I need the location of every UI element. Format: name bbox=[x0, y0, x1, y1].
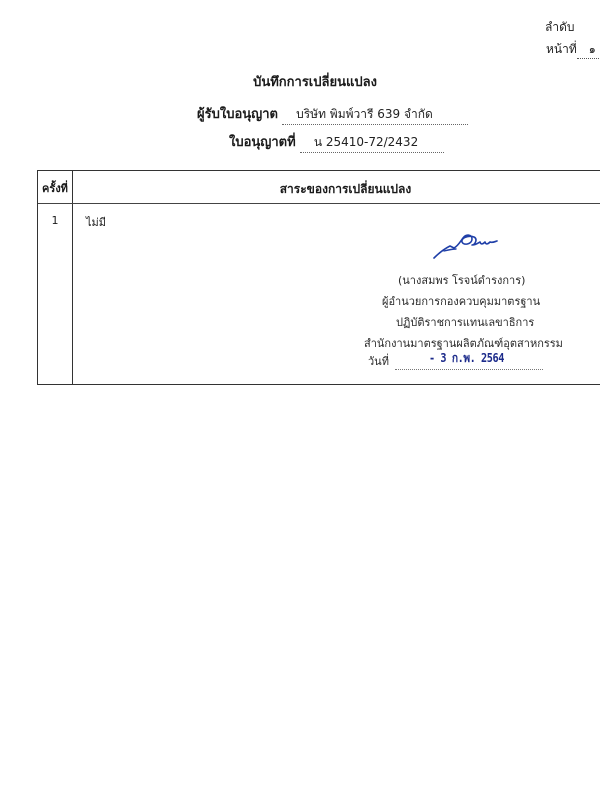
licensee-label: ผู้รับใบอนุญาต bbox=[197, 107, 278, 122]
header-divider bbox=[38, 203, 600, 204]
page-label: หน้าที่ bbox=[546, 42, 577, 56]
column-header-number: ครั้งที่ bbox=[38, 179, 72, 197]
page-number-line: ๑ bbox=[577, 46, 600, 59]
date-field: วันที่- 3 ก.พ. 2564 bbox=[368, 352, 543, 370]
date-stamp: - 3 ก.พ. 2564 bbox=[429, 349, 504, 368]
license-number-label: ใบอนุญาตที่ bbox=[229, 135, 296, 150]
document-title: บันทึกการเปลี่ยนแปลง bbox=[0, 71, 600, 92]
date-line: - 3 ก.พ. 2564 bbox=[395, 355, 543, 370]
signature-icon bbox=[430, 232, 500, 264]
date-label: วันที่ bbox=[368, 355, 389, 368]
licensee-field: ผู้รับใบอนุญาต บริษัท พิมพ์วารี 639 จำกั… bbox=[197, 103, 468, 125]
page-number-field: หน้าที่๑ bbox=[546, 40, 600, 59]
table-row-number: 1 bbox=[38, 214, 72, 227]
signatory-name: (นางสมพร โรจน์ดำรงการ) bbox=[398, 271, 525, 289]
signatory-position-2: ปฏิบัติราชการแทนเลขาธิการ bbox=[396, 313, 534, 331]
column-header-description: สาระของการเปลี่ยนแปลง bbox=[73, 180, 600, 199]
license-number-field: ใบอนุญาตที่ น 25410-72/2432 bbox=[229, 131, 444, 153]
license-number-value: น 25410-72/2432 bbox=[300, 133, 444, 153]
page-number-value: ๑ bbox=[589, 40, 596, 58]
sequence-label: ลำดับ bbox=[545, 18, 575, 37]
licensee-value: บริษัท พิมพ์วารี 639 จำกัด bbox=[282, 105, 468, 125]
signatory-position-1: ผู้อำนวยการกองควบคุมมาตรฐาน bbox=[382, 292, 540, 310]
table-row-description: ไม่มี bbox=[86, 213, 106, 231]
